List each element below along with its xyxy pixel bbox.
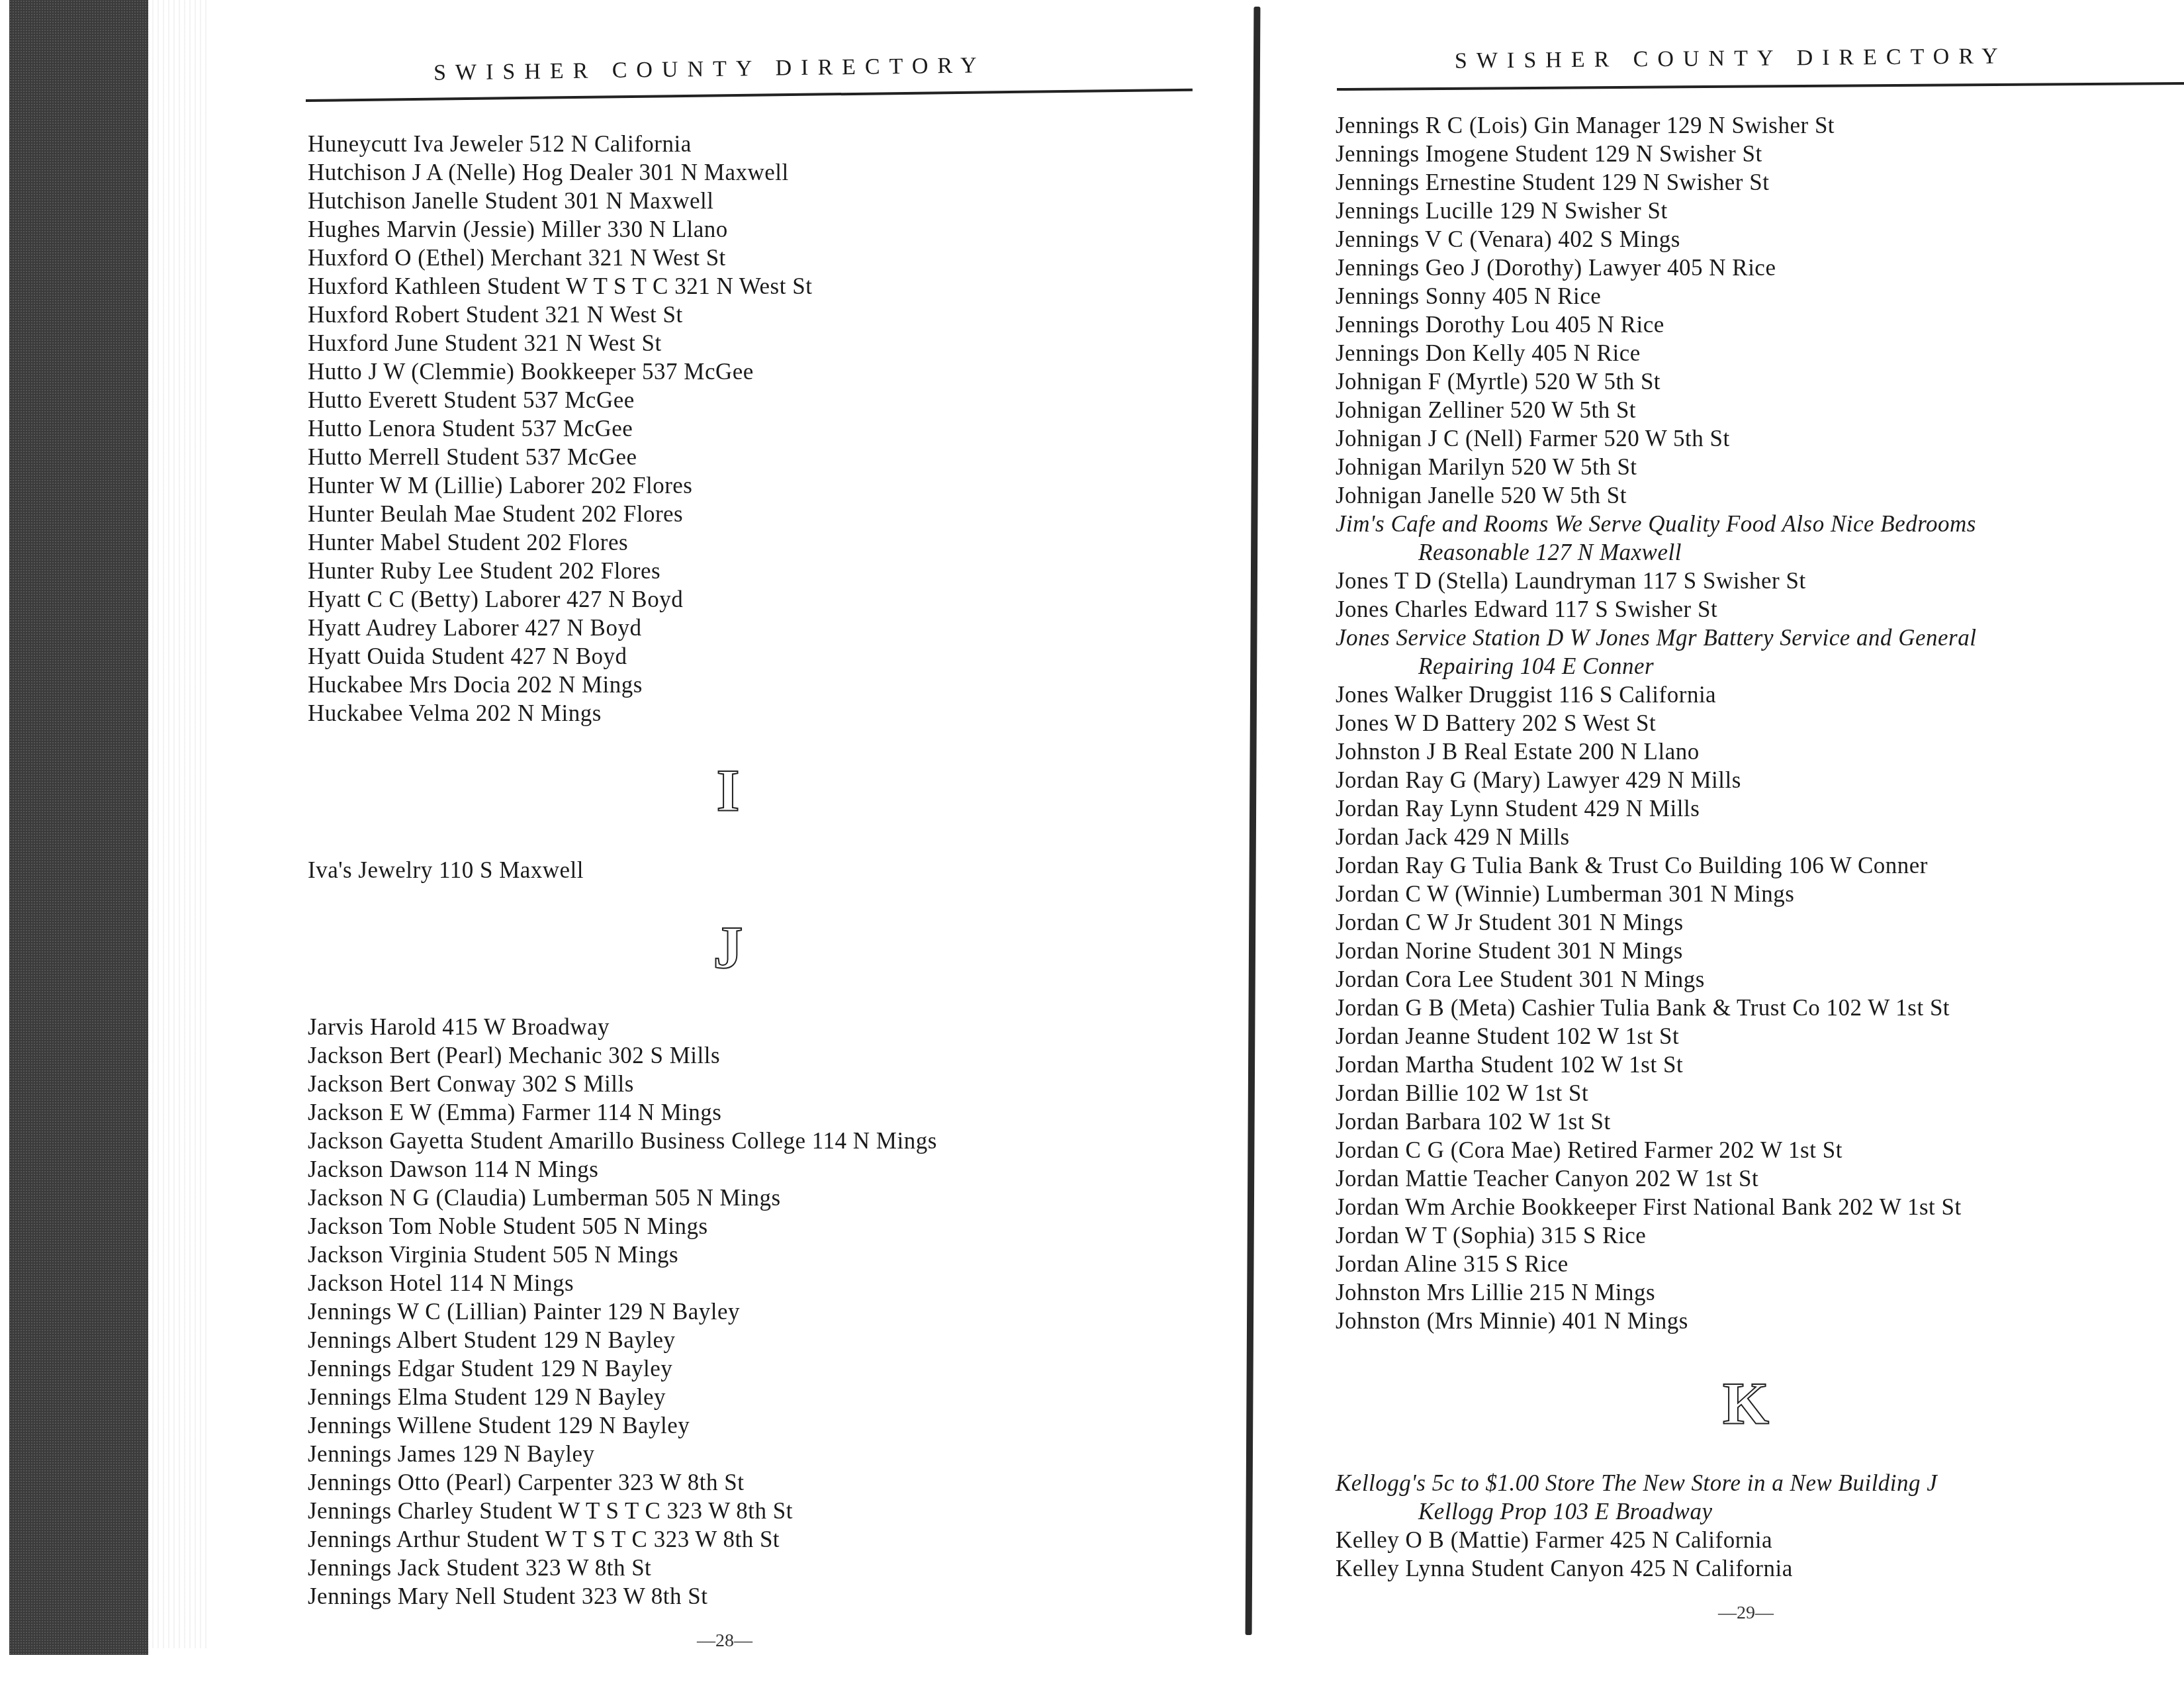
header-rule (1337, 82, 2184, 91)
directory-entry: Jackson N G (Claudia) Lumberman 505 N Mi… (308, 1184, 1148, 1212)
entry-text: Huxford Robert Student 321 N West St (308, 302, 683, 328)
entry-text: Jordan Wm Archie Bookkeeper First Nation… (1336, 1194, 1962, 1220)
directory-entry: Johnigan Janelle 520 W 5th St (1336, 481, 2156, 510)
directory-entry: Hutchison Janelle Student 301 N Maxwell (308, 187, 1148, 215)
directory-entry: Jordan Norine Student 301 N Mings (1336, 937, 2156, 965)
entry-text: Jennings Don Kelly 405 N Rice (1336, 340, 1641, 366)
page-stack-edges (148, 0, 208, 1648)
entry-text: Huxford June Student 321 N West St (308, 330, 662, 356)
entry-text: Jackson Virginia Student 505 N Mings (308, 1242, 678, 1268)
entry-text: Huxford Kathleen Student W T S T C 321 N… (308, 273, 812, 299)
directory-entry: Jackson Hotel 114 N Mings (308, 1269, 1148, 1297)
directory-entry: Jones Charles Edward 117 S Swisher St (1336, 595, 2156, 624)
directory-entry: Jennings James 129 N Bayley (308, 1440, 1148, 1468)
directory-entry: Jennings Charley Student W T S T C 323 W… (308, 1497, 1148, 1525)
directory-entry: Hutto Everett Student 537 McGee (308, 386, 1148, 414)
directory-entry: Jordan W T (Sophia) 315 S Rice (1336, 1221, 2156, 1250)
directory-entry: Johnigan J C (Nell) Farmer 520 W 5th St (1336, 424, 2156, 453)
directory-entry: Jackson Gayetta Student Amarillo Busines… (308, 1127, 1148, 1155)
entry-text: Jordan C W (Winnie) Lumberman 301 N Ming… (1336, 881, 1794, 907)
running-head: SWISHER COUNTY DIRECTORY (1455, 44, 2007, 73)
directory-entry: Hutto Merrell Student 537 McGee (308, 443, 1148, 471)
section-letter-k: K (1336, 1368, 2156, 1441)
entry-text: Hughes Marvin (Jessie) Miller 330 N Llan… (308, 216, 728, 242)
directory-entry: Huxford Robert Student 321 N West St (308, 301, 1148, 329)
directory-entry: Jennings Sonny 405 N Rice (1336, 282, 2156, 310)
entry-text: Jordan W T (Sophia) 315 S Rice (1336, 1223, 1646, 1248)
entry-text: Jones Service Station D W Jones Mgr Batt… (1336, 625, 1976, 651)
directory-entry: Hutchison J A (Nelle) Hog Dealer 301 N M… (308, 158, 1148, 187)
entry-text: Jennings V C (Venara) 402 S Mings (1336, 226, 1680, 252)
entry-text: Jordan C W Jr Student 301 N Mings (1336, 910, 1684, 935)
directory-entry: Hunter Mabel Student 202 Flores (308, 528, 1148, 557)
entry-text: Hyatt Audrey Laborer 427 N Boyd (308, 615, 641, 641)
advertisement-entry: Jim's Cafe and Rooms We Serve Quality Fo… (1336, 510, 2156, 567)
entry-text: Jordan Ray G Tulia Bank & Trust Co Build… (1336, 853, 1928, 878)
directory-entry: Jennings Geo J (Dorothy) Lawyer 405 N Ri… (1336, 254, 2156, 282)
entry-text: Huckabee Velma 202 N Mings (308, 700, 602, 726)
directory-entry: Johnigan Zelliner 520 W 5th St (1336, 396, 2156, 424)
entry-text: Kellogg's 5c to $1.00 Store The New Stor… (1336, 1470, 1937, 1496)
directory-entry: Jennings Don Kelly 405 N Rice (1336, 339, 2156, 367)
section-letter-j: J (308, 912, 1148, 985)
entry-text: Jim's Cafe and Rooms We Serve Quality Fo… (1336, 511, 1976, 537)
directory-entry: Jordan Ray G (Mary) Lawyer 429 N Mills (1336, 766, 2156, 794)
entry-text: Jackson Dawson 114 N Mings (308, 1156, 598, 1182)
directory-entry: Johnston J B Real Estate 200 N Llano (1336, 737, 2156, 766)
entry-continuation: Reasonable 127 N Maxwell (1336, 538, 2156, 567)
entry-text: Jordan Aline 315 S Rice (1336, 1251, 1569, 1277)
directory-entry: Jordan Wm Archie Bookkeeper First Nation… (1336, 1193, 2156, 1221)
entry-text: Jones T D (Stella) Laundryman 117 S Swis… (1336, 568, 1806, 594)
entry-text: Johnston J B Real Estate 200 N Llano (1336, 739, 1700, 765)
entry-text: Hutto J W (Clemmie) Bookkeeper 537 McGee (308, 359, 754, 385)
entry-text: Jarvis Harold 415 W Broadway (308, 1014, 610, 1040)
entry-text: Jennings Imogene Student 129 N Swisher S… (1336, 141, 1762, 167)
directory-entry: Jones W D Battery 202 S West St (1336, 709, 2156, 737)
entry-text: Jennings Mary Nell Student 323 W 8th St (308, 1583, 707, 1609)
directory-entry: Johnigan Marilyn 520 W 5th St (1336, 453, 2156, 481)
entry-text: Jones Charles Edward 117 S Swisher St (1336, 596, 1717, 622)
directory-entry: Johnigan F (Myrtle) 520 W 5th St (1336, 367, 2156, 396)
entry-text: Iva's Jewelry 110 S Maxwell (308, 857, 584, 883)
directory-entry: Jordan C W (Winnie) Lumberman 301 N Ming… (1336, 880, 2156, 908)
directory-entry: Hunter W M (Lillie) Laborer 202 Flores (308, 471, 1148, 500)
directory-entry: Jordan Jack 429 N Mills (1336, 823, 2156, 851)
entry-text: Kelley Lynna Student Canyon 425 N Califo… (1336, 1556, 1793, 1581)
advertisement-entry: Jones Service Station D W Jones Mgr Batt… (1336, 624, 2156, 680)
entry-text: Hutchison Janelle Student 301 N Maxwell (308, 188, 713, 214)
entry-text: Jordan Jack 429 N Mills (1336, 824, 1570, 850)
entry-text: Jennings Geo J (Dorothy) Lawyer 405 N Ri… (1336, 255, 1776, 281)
entry-text: Huxford O (Ethel) Merchant 321 N West St (308, 245, 726, 271)
section-k: Kellogg's 5c to $1.00 Store The New Stor… (1336, 1469, 2156, 1583)
entry-text: Jordan Norine Student 301 N Mings (1336, 938, 1683, 964)
entry-text: Jordan Mattie Teacher Canyon 202 W 1st S… (1336, 1166, 1758, 1192)
entries-list: Huneycutt Iva Jeweler 512 N CaliforniaHu… (308, 130, 1148, 1652)
entry-text: Jordan Jeanne Student 102 W 1st St (1336, 1023, 1679, 1049)
entry-text: Johnston Mrs Lillie 215 N Mings (1336, 1280, 1655, 1305)
entry-text: Hunter Mabel Student 202 Flores (308, 530, 628, 555)
directory-entry: Jackson Tom Noble Student 505 N Mings (308, 1212, 1148, 1241)
directory-entry: Jennings V C (Venara) 402 S Mings (1336, 225, 2156, 254)
directory-entry: Jordan Martha Student 102 W 1st St (1336, 1051, 2156, 1079)
directory-entry: Huxford O (Ethel) Merchant 321 N West St (308, 244, 1148, 272)
directory-entry: Hyatt C C (Betty) Laborer 427 N Boyd (308, 585, 1148, 614)
directory-entry: Jordan Jeanne Student 102 W 1st St (1336, 1022, 2156, 1051)
entry-text: Jennings Charley Student W T S T C 323 W… (308, 1498, 793, 1524)
entry-text: Jennings Otto (Pearl) Carpenter 323 W 8t… (308, 1470, 744, 1495)
entry-text: Johnigan J C (Nell) Farmer 520 W 5th St (1336, 426, 1730, 451)
directory-entry: Jordan Aline 315 S Rice (1336, 1250, 2156, 1278)
entry-text: Johnigan Janelle 520 W 5th St (1336, 483, 1627, 508)
directory-entry: Jennings Jack Student 323 W 8th St (308, 1554, 1148, 1582)
section-h: Huneycutt Iva Jeweler 512 N CaliforniaHu… (308, 130, 1148, 727)
section-j: Jarvis Harold 415 W BroadwayJackson Bert… (308, 1013, 1148, 1611)
entry-text: Jordan Cora Lee Student 301 N Mings (1336, 966, 1705, 992)
entry-text: Jennings Sonny 405 N Rice (1336, 283, 1601, 309)
entry-text: Jennings Albert Student 129 N Bayley (308, 1327, 676, 1353)
scan-dark-border (9, 0, 148, 1655)
entry-text: Jennings Ernestine Student 129 N Swisher… (1336, 169, 1769, 195)
directory-entry: Jordan C W Jr Student 301 N Mings (1336, 908, 2156, 937)
entry-text: Jordan C G (Cora Mae) Retired Farmer 202… (1336, 1137, 1843, 1163)
entry-text: Huckabee Mrs Docia 202 N Mings (308, 672, 643, 698)
entry-text: Jackson Gayetta Student Amarillo Busines… (308, 1128, 937, 1154)
directory-entry: Jennings Edgar Student 129 N Bayley (308, 1354, 1148, 1383)
entry-text: Jordan Ray Lynn Student 429 N Mills (1336, 796, 1700, 821)
entry-text: Jennings Jack Student 323 W 8th St (308, 1555, 651, 1581)
entry-text: Jordan Billie 102 W 1st St (1336, 1080, 1588, 1106)
entry-text: Johnigan F (Myrtle) 520 W 5th St (1336, 369, 1661, 395)
entry-text: Jennings Dorothy Lou 405 N Rice (1336, 312, 1664, 338)
page-number: —29— (1336, 1603, 2156, 1624)
directory-entry: Jordan Cora Lee Student 301 N Mings (1336, 965, 2156, 994)
section-letter-i: I (308, 755, 1148, 828)
entry-text: Johnigan Marilyn 520 W 5th St (1336, 454, 1637, 480)
entry-text: Jennings W C (Lillian) Painter 129 N Bay… (308, 1299, 740, 1325)
directory-entry: Huxford June Student 321 N West St (308, 329, 1148, 357)
entry-text: Jennings Lucille 129 N Swisher St (1336, 198, 1668, 224)
directory-entry: Jones T D (Stella) Laundryman 117 S Swis… (1336, 567, 2156, 595)
directory-entry: Jennings Imogene Student 129 N Swisher S… (1336, 140, 2156, 168)
directory-entry: Johnston (Mrs Minnie) 401 N Mings (1336, 1307, 2156, 1335)
directory-entry: Jordan Ray Lynn Student 429 N Mills (1336, 794, 2156, 823)
running-head: SWISHER COUNTY DIRECTORY (433, 53, 986, 86)
entry-text: Jennings Elma Student 129 N Bayley (308, 1384, 666, 1410)
directory-entry: Hutto J W (Clemmie) Bookkeeper 537 McGee (308, 357, 1148, 386)
entry-text: Jennings Edgar Student 129 N Bayley (308, 1356, 672, 1382)
entry-text: Jones W D Battery 202 S West St (1336, 710, 1656, 736)
directory-entry: Jackson Dawson 114 N Mings (308, 1155, 1148, 1184)
book-spine-gutter (1246, 7, 1261, 1635)
entry-text: Jackson Bert Conway 302 S Mills (308, 1071, 634, 1097)
entry-text: Jackson Hotel 114 N Mings (308, 1270, 574, 1296)
entry-text: Johnigan Zelliner 520 W 5th St (1336, 397, 1636, 423)
directory-entry: Huxford Kathleen Student W T S T C 321 N… (308, 272, 1148, 301)
directory-entry: Johnston Mrs Lillie 215 N Mings (1336, 1278, 2156, 1307)
entry-text: Jordan Martha Student 102 W 1st St (1336, 1052, 1683, 1078)
entry-text: Hutto Merrell Student 537 McGee (308, 444, 637, 470)
directory-entry: Jackson Virginia Student 505 N Mings (308, 1241, 1148, 1269)
directory-entry: Jordan G B (Meta) Cashier Tulia Bank & T… (1336, 994, 2156, 1022)
entry-continuation: Kellogg Prop 103 E Broadway (1336, 1497, 2156, 1526)
directory-entry: Jennings Albert Student 129 N Bayley (308, 1326, 1148, 1354)
entry-text: Jennings R C (Lois) Gin Manager 129 N Sw… (1336, 113, 1835, 138)
directory-entry: Jones Walker Druggist 116 S California (1336, 680, 2156, 709)
entry-continuation: Repairing 104 E Conner (1336, 652, 2156, 680)
directory-entry: Jordan Barbara 102 W 1st St (1336, 1107, 2156, 1136)
directory-entry: Iva's Jewelry 110 S Maxwell (308, 856, 1148, 884)
directory-entry: Jackson Bert (Pearl) Mechanic 302 S Mill… (308, 1041, 1148, 1070)
entry-text: Jackson E W (Emma) Farmer 114 N Mings (308, 1100, 721, 1125)
directory-entry: Jordan Billie 102 W 1st St (1336, 1079, 2156, 1107)
directory-entry: Jarvis Harold 415 W Broadway (308, 1013, 1148, 1041)
directory-entry: Jennings Otto (Pearl) Carpenter 323 W 8t… (308, 1468, 1148, 1497)
entry-text: Jones Walker Druggist 116 S California (1336, 682, 1716, 708)
directory-entry: Jennings Dorothy Lou 405 N Rice (1336, 310, 2156, 339)
directory-entry: Jennings Arthur Student W T S T C 323 W … (308, 1525, 1148, 1554)
entry-text: Jennings James 129 N Bayley (308, 1441, 594, 1467)
entry-text: Hyatt Ouida Student 427 N Boyd (308, 643, 627, 669)
directory-entry: Jennings Elma Student 129 N Bayley (308, 1383, 1148, 1411)
entry-text: Hunter W M (Lillie) Laborer 202 Flores (308, 473, 692, 498)
advertisement-entry: Kellogg's 5c to $1.00 Store The New Stor… (1336, 1469, 2156, 1526)
entry-text: Jordan Ray G (Mary) Lawyer 429 N Mills (1336, 767, 1741, 793)
entry-text: Jordan G B (Meta) Cashier Tulia Bank & T… (1336, 995, 1950, 1021)
directory-entry: Huneycutt Iva Jeweler 512 N California (308, 130, 1148, 158)
entry-text: Kelley O B (Mattie) Farmer 425 N Califor… (1336, 1527, 1772, 1553)
directory-entry: Jennings Ernestine Student 129 N Swisher… (1336, 168, 2156, 197)
entry-text: Jackson Bert (Pearl) Mechanic 302 S Mill… (308, 1043, 720, 1068)
directory-entry: Kelley Lynna Student Canyon 425 N Califo… (1336, 1554, 2156, 1583)
entry-text: Hutto Lenora Student 537 McGee (308, 416, 633, 442)
entries-list: Jennings R C (Lois) Gin Manager 129 N Sw… (1336, 111, 2156, 1624)
directory-entry: Kelley O B (Mattie) Farmer 425 N Califor… (1336, 1526, 2156, 1554)
directory-entry: Hutto Lenora Student 537 McGee (308, 414, 1148, 443)
directory-entry: Huckabee Velma 202 N Mings (308, 699, 1148, 727)
entry-text: Huneycutt Iva Jeweler 512 N California (308, 131, 692, 157)
directory-entry: Hyatt Audrey Laborer 427 N Boyd (308, 614, 1148, 642)
directory-entry: Jordan C G (Cora Mae) Retired Farmer 202… (1336, 1136, 2156, 1164)
directory-entry: Hyatt Ouida Student 427 N Boyd (308, 642, 1148, 671)
entry-text: Jackson Tom Noble Student 505 N Mings (308, 1213, 708, 1239)
entry-text: Hutto Everett Student 537 McGee (308, 387, 635, 413)
directory-entry: Huckabee Mrs Docia 202 N Mings (308, 671, 1148, 699)
directory-entry: Jennings Mary Nell Student 323 W 8th St (308, 1582, 1148, 1611)
entry-text: Jordan Barbara 102 W 1st St (1336, 1109, 1611, 1135)
entry-text: Hutchison J A (Nelle) Hog Dealer 301 N M… (308, 160, 789, 185)
page-number: —28— (308, 1630, 1142, 1652)
directory-entry: Jackson E W (Emma) Farmer 114 N Mings (308, 1098, 1148, 1127)
section-j-continued: Jennings R C (Lois) Gin Manager 129 N Sw… (1336, 111, 2156, 1335)
header-rule (306, 89, 1193, 102)
entry-text: Hyatt C C (Betty) Laborer 427 N Boyd (308, 586, 683, 612)
directory-entry: Hunter Ruby Lee Student 202 Flores (308, 557, 1148, 585)
entry-text: Hunter Ruby Lee Student 202 Flores (308, 558, 660, 584)
entry-text: Jackson N G (Claudia) Lumberman 505 N Mi… (308, 1185, 781, 1211)
entry-text: Jennings Willene Student 129 N Bayley (308, 1413, 690, 1438)
entry-text: Hunter Beulah Mae Student 202 Flores (308, 501, 683, 527)
directory-entry: Hughes Marvin (Jessie) Miller 330 N Llan… (308, 215, 1148, 244)
directory-entry: Jordan Ray G Tulia Bank & Trust Co Build… (1336, 851, 2156, 880)
directory-entry: Jennings W C (Lillian) Painter 129 N Bay… (308, 1297, 1148, 1326)
section-i: Iva's Jewelry 110 S Maxwell (308, 856, 1148, 884)
entry-text: Jennings Arthur Student W T S T C 323 W … (308, 1526, 780, 1552)
directory-entry: Jennings Willene Student 129 N Bayley (308, 1411, 1148, 1440)
directory-entry: Hunter Beulah Mae Student 202 Flores (308, 500, 1148, 528)
directory-entry: Jackson Bert Conway 302 S Mills (308, 1070, 1148, 1098)
directory-entry: Jennings R C (Lois) Gin Manager 129 N Sw… (1336, 111, 2156, 140)
directory-entry: Jennings Lucille 129 N Swisher St (1336, 197, 2156, 225)
entry-text: Johnston (Mrs Minnie) 401 N Mings (1336, 1308, 1688, 1334)
directory-entry: Jordan Mattie Teacher Canyon 202 W 1st S… (1336, 1164, 2156, 1193)
